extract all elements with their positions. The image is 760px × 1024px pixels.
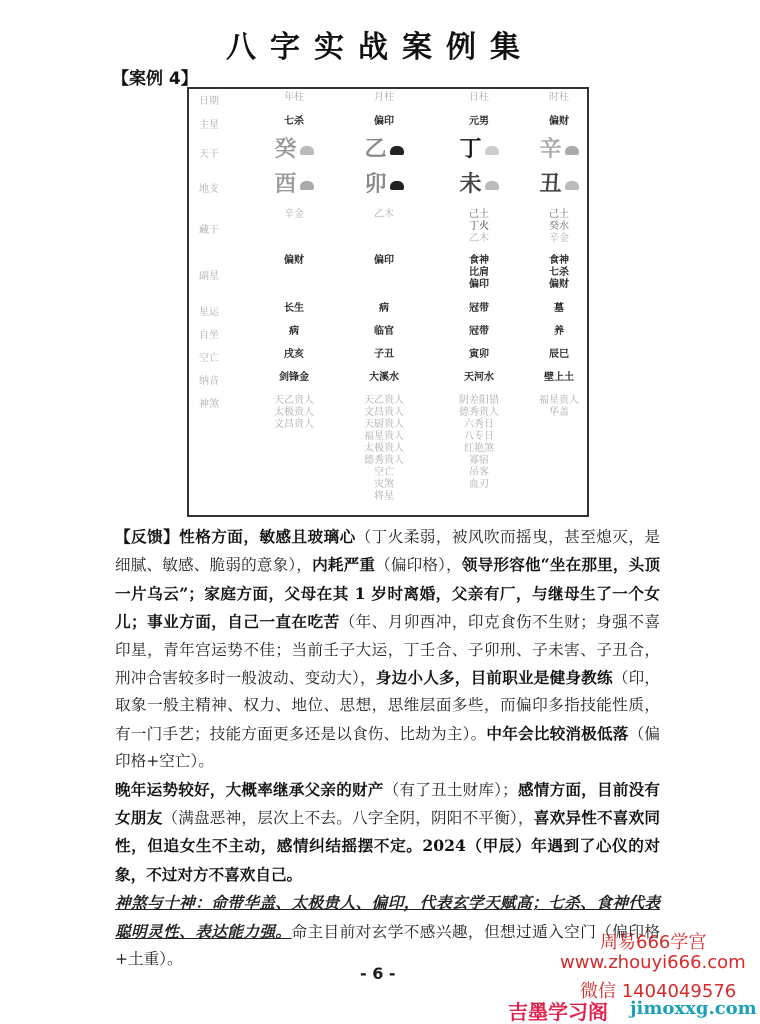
self-seat-hour: 养 xyxy=(514,326,604,338)
watermark-name: 周易666学宫 xyxy=(600,928,706,954)
col-header-hour: 时柱 xyxy=(514,92,604,104)
self-seat-month: 临官 xyxy=(339,326,429,338)
branch-day: 未 xyxy=(434,172,524,198)
stem-month: 乙 xyxy=(339,137,429,163)
main-star-day: 元男 xyxy=(434,116,524,128)
main-star-year: 七杀 xyxy=(249,116,339,128)
fire-icon xyxy=(485,146,499,155)
col-header-day: 日柱 xyxy=(434,92,524,104)
stem-day: 丁 xyxy=(434,137,524,163)
sub-star-hour: 食神 七杀 偏财 xyxy=(514,255,604,291)
star-fortune-hour: 墓 xyxy=(514,303,604,315)
shensha-hour: 福星贵人 华盖 xyxy=(514,395,604,419)
label-void: 空亡 xyxy=(199,349,219,364)
earth-icon xyxy=(485,181,499,190)
nayin-month: 大溪水 xyxy=(339,372,429,384)
case-label: 【案例 4】 xyxy=(112,64,198,89)
label-nayin: 纳音 xyxy=(199,372,219,387)
self-seat-year: 病 xyxy=(249,326,339,338)
void-month: 子丑 xyxy=(339,349,429,361)
feedback-paragraph: 【反馈】性格方面，敏感且玻璃心（丁火柔弱，被风吹而摇曳，甚至熄灭，是细腻、敏感、… xyxy=(115,523,660,974)
shensha-year: 天乙贵人 太极贵人 文昌贵人 xyxy=(249,395,339,431)
branch-month: 卯 xyxy=(339,172,429,198)
metal-icon xyxy=(565,146,579,155)
hidden-stems-day: 己土 丁火 乙木 xyxy=(434,209,524,245)
void-year: 戌亥 xyxy=(249,349,339,361)
nayin-hour: 壁上土 xyxy=(514,372,604,384)
sub-star-month: 偏印 xyxy=(339,255,429,267)
feedback-main: 【反馈】性格方面，敏感且玻璃心（丁火柔弱，被风吹而摇曳，甚至熄灭，是细腻、敏感、… xyxy=(115,523,660,889)
stem-hour: 辛 xyxy=(514,137,604,163)
void-day: 寅卯 xyxy=(434,349,524,361)
hidden-stems-hour: 己土 癸水 辛金 xyxy=(514,209,604,245)
star-fortune-year: 长生 xyxy=(249,303,339,315)
page-number: - 6 - xyxy=(360,964,396,983)
sub-star-day: 食神 比肩 偏印 xyxy=(434,255,524,291)
main-star-hour: 偏财 xyxy=(514,116,604,128)
label-date: 日期 xyxy=(199,92,219,107)
col-header-month: 月柱 xyxy=(339,92,429,104)
label-star-fortune: 星运 xyxy=(199,303,219,318)
sub-star-year: 偏财 xyxy=(249,255,339,267)
nayin-day: 天河水 xyxy=(434,372,524,384)
void-hour: 辰巳 xyxy=(514,349,604,361)
hidden-stems-year: 辛金 xyxy=(249,209,339,221)
label-hidden-stems: 藏干 xyxy=(199,221,219,236)
wood-icon xyxy=(390,181,404,190)
metal-icon xyxy=(300,181,314,190)
star-fortune-day: 冠带 xyxy=(434,303,524,315)
water-icon xyxy=(300,146,314,155)
star-fortune-month: 病 xyxy=(339,303,429,315)
shensha-month: 天乙贵人 文昌贵人 天厨贵人 福星贵人 太极贵人 德秀贵人 空亡 灾煞 将星 xyxy=(339,395,429,503)
label-stem: 天干 xyxy=(199,145,219,160)
stem-year: 癸 xyxy=(249,137,339,163)
watermark-brand-url: jimoxxg.com xyxy=(630,998,757,1019)
bazi-chart: 日期 年柱 月柱 日柱 时柱 主星 七杀 偏印 元男 偏财 天干 癸 乙 丁 辛… xyxy=(187,87,589,517)
label-self-seat: 自坐 xyxy=(199,326,219,341)
main-star-month: 偏印 xyxy=(339,116,429,128)
nayin-year: 剑锋金 xyxy=(249,372,339,384)
watermark-url: www.zhouyi666.com xyxy=(560,952,746,973)
branch-year: 酉 xyxy=(249,172,339,198)
hidden-stems-month: 乙木 xyxy=(339,209,429,221)
label-main-star: 主星 xyxy=(199,116,219,131)
label-sub-star: 副星 xyxy=(199,267,219,282)
shensha-day: 阴差阳错 德秀贵人 六秀日 八专日 红艳煞 寡宿 吊客 血刃 xyxy=(434,395,524,491)
label-shensha: 神煞 xyxy=(199,395,219,410)
self-seat-day: 冠带 xyxy=(434,326,524,338)
watermark-brand: 吉墨学习阁 xyxy=(508,996,608,1024)
wood-icon xyxy=(390,146,404,155)
label-branch: 地支 xyxy=(199,180,219,195)
branch-hour: 丑 xyxy=(514,172,604,198)
document-title: 八字实战案例集 xyxy=(0,22,760,66)
col-header-year: 年柱 xyxy=(249,92,339,104)
earth-icon xyxy=(565,181,579,190)
